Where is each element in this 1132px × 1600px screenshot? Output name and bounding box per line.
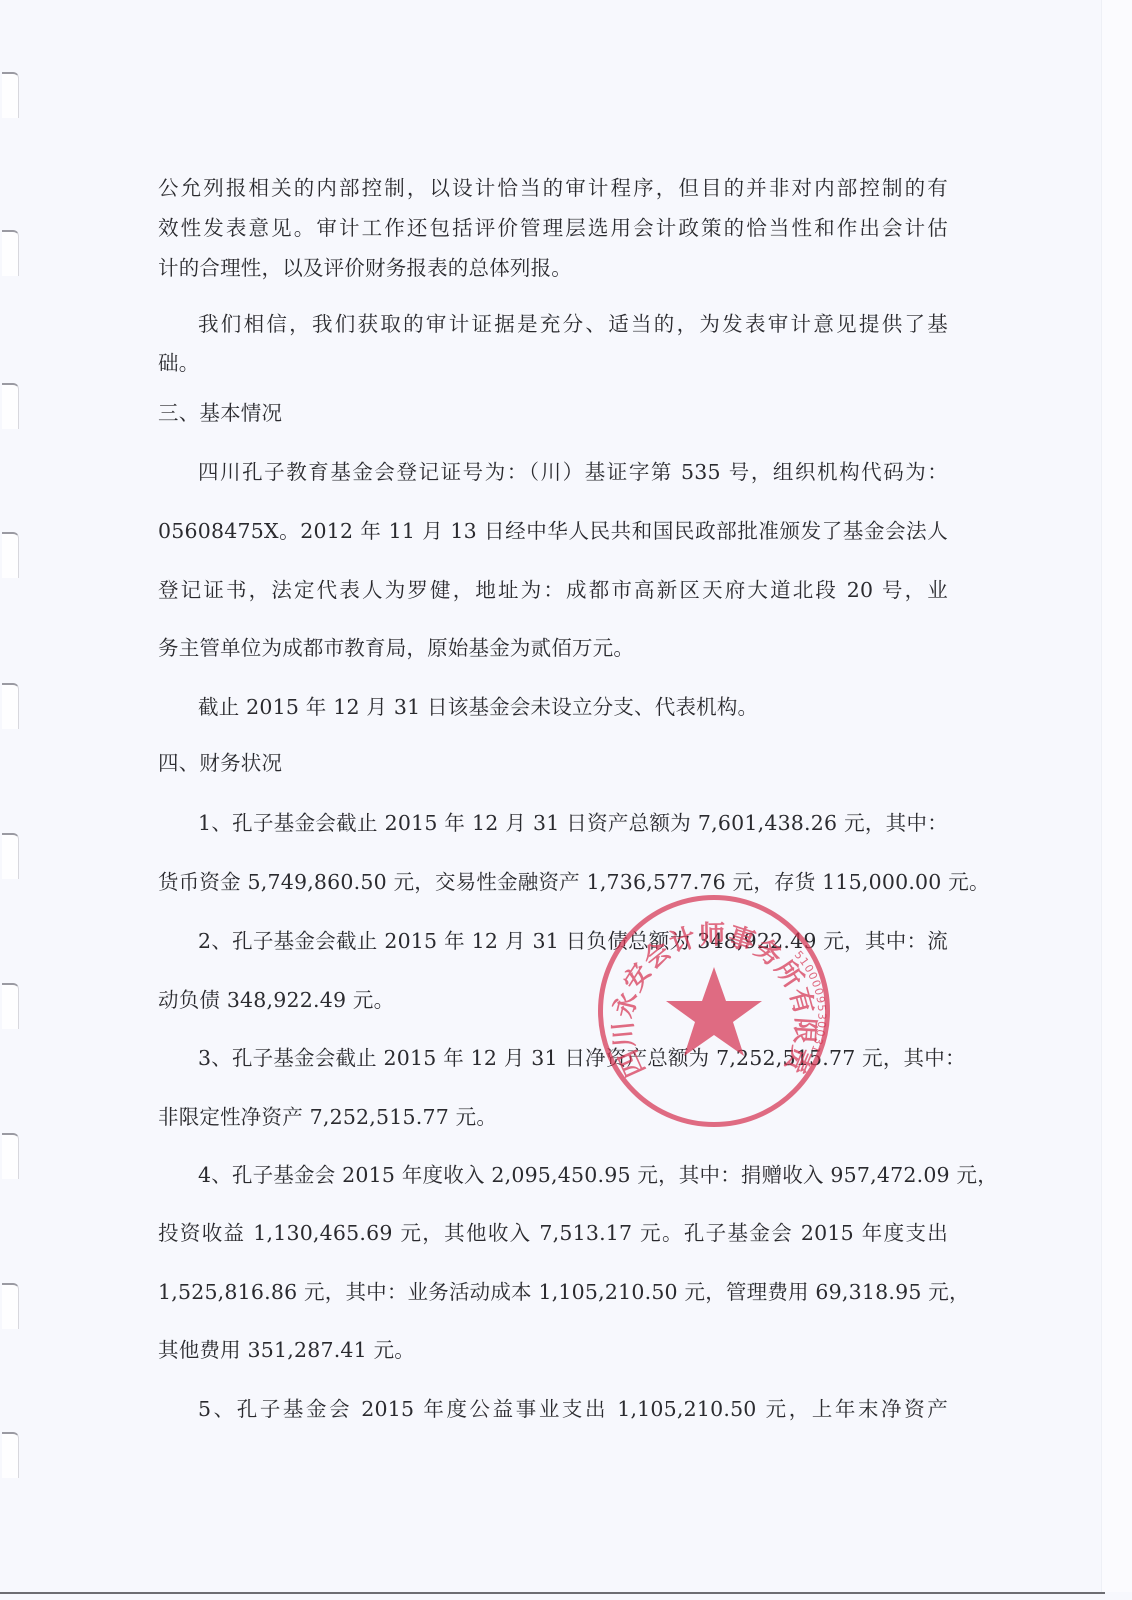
body-text-line: 四川孔子教育基金会登记证号为：（川）基证字第 535 号，组织机构代码为： bbox=[198, 458, 948, 486]
binder-hole-mark bbox=[2, 532, 19, 578]
scanned-document-page: 公允列报相关的内部控制，以设计恰当的审计程序，但目的并非对内部控制的有 效性发表… bbox=[0, 0, 1132, 1600]
body-text-line: 2、孔子基金会截止 2015 年 12 月 31 日负债总额为 348,922.… bbox=[198, 927, 948, 955]
body-text-line: 计的合理性，以及评价财务报表的总体列报。 bbox=[158, 254, 572, 282]
body-text-line: 截止 2015 年 12 月 31 日该基金会未设立分支、代表机构。 bbox=[198, 693, 758, 721]
body-text-line: 我们相信，我们获取的审计证据是充分、适当的，为发表审计意见提供了基 bbox=[198, 310, 948, 338]
body-text-line: 5、孔子基金会 2015 年度公益事业支出 1,105,210.50 元，上年末… bbox=[198, 1395, 948, 1423]
body-text-line: 4、孔子基金会 2015 年度收入 2,095,450.95 元，其中：捐赠收入… bbox=[198, 1161, 948, 1189]
body-text-line: 非限定性净资产 7,252,515.77 元。 bbox=[158, 1103, 497, 1131]
body-text-line: 货币资金 5,749,860.50 元，交易性金融资产 1,736,577.76… bbox=[158, 868, 948, 896]
body-text-line: 1、孔子基金会截止 2015 年 12 月 31 日资产总额为 7,601,43… bbox=[198, 809, 948, 837]
binder-hole-mark bbox=[2, 1133, 19, 1179]
binder-hole-mark bbox=[2, 1283, 19, 1329]
body-text-line: 础。 bbox=[158, 349, 199, 377]
body-text-line: 动负债 348,922.49 元。 bbox=[158, 986, 394, 1014]
body-text-line: 登记证书，法定代表人为罗健，地址为：成都市高新区天府大道北段 20 号，业 bbox=[158, 576, 948, 604]
page-bottom-edge bbox=[0, 1592, 1105, 1594]
svg-text:5100009530031: 5100009530031 bbox=[792, 948, 829, 1055]
body-text-line: 05608475X。2012 年 11 月 13 日经中华人民共和国民政部批准颁… bbox=[158, 517, 948, 545]
body-text-line: 1,525,816.86 元，其中：业务活动成本 1,105,210.50 元，… bbox=[158, 1278, 948, 1306]
section-heading-basic-info: 三、基本情况 bbox=[158, 399, 282, 427]
binder-hole-mark bbox=[2, 383, 19, 429]
body-text-line: 公允列报相关的内部控制，以设计恰当的审计程序，但目的并非对内部控制的有 bbox=[158, 174, 948, 202]
seal-inner-number: 5100009530031 bbox=[792, 948, 829, 1055]
scan-edge-strip bbox=[1101, 0, 1132, 1592]
binder-hole-mark bbox=[2, 230, 19, 276]
body-text-line: 3、孔子基金会截止 2015 年 12 月 31 日净资产总额为 7,252,5… bbox=[198, 1044, 948, 1072]
body-text-line: 务主管单位为成都市教育局，原始基金为贰佰万元。 bbox=[158, 634, 634, 662]
body-text-line: 投资收益 1,130,465.69 元，其他收入 7,513.17 元。孔子基金… bbox=[158, 1219, 948, 1247]
body-text-line: 其他费用 351,287.41 元。 bbox=[158, 1336, 415, 1364]
section-heading-financial-status: 四、财务状况 bbox=[158, 749, 282, 777]
binder-hole-mark bbox=[2, 683, 19, 729]
binder-hole-mark bbox=[2, 72, 19, 118]
binder-hole-mark bbox=[2, 833, 19, 879]
binder-hole-mark bbox=[2, 983, 19, 1029]
binder-hole-mark bbox=[2, 1432, 19, 1478]
body-text-line: 效性发表意见。审计工作还包括评价管理层选用会计政策的恰当性和作出会计估 bbox=[158, 214, 948, 242]
